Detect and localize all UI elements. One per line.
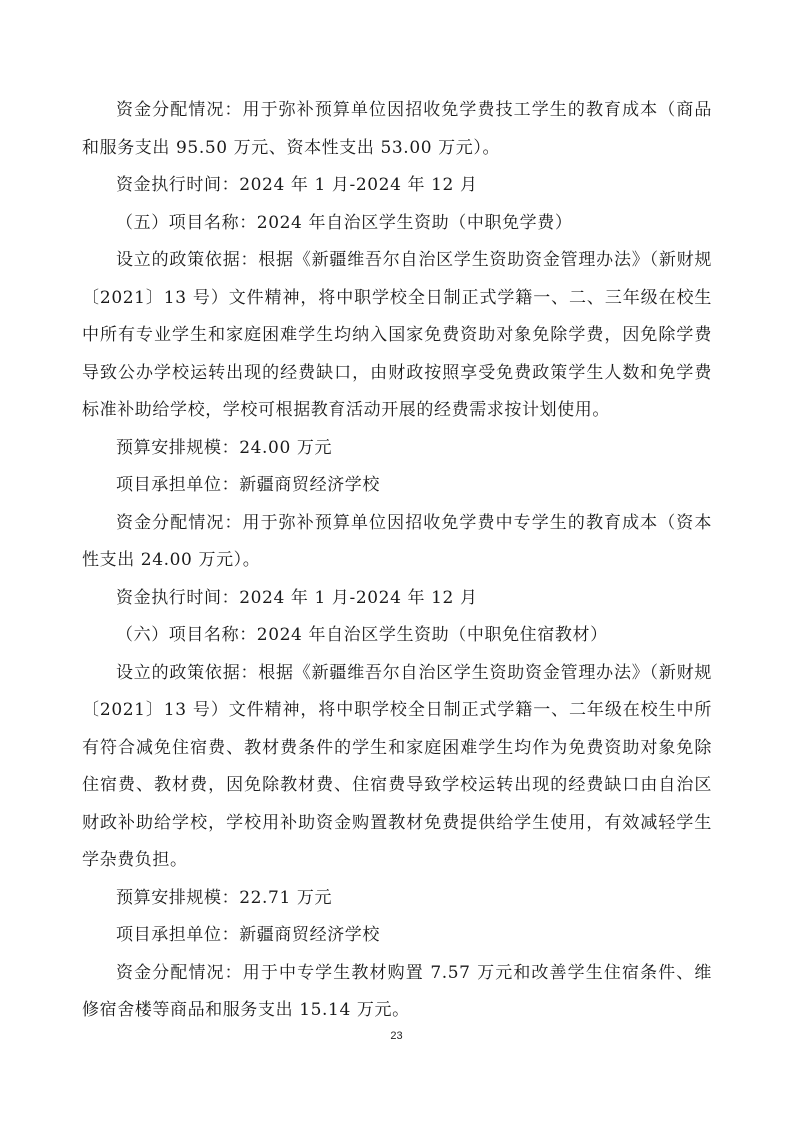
document-body: 资金分配情况：用于弥补预算单位因招收免学费技工学生的教育成本（商品和服务支出 9… bbox=[82, 92, 712, 1030]
section-heading-6: （六）项目名称：2024 年自治区学生资助（中职免住宿教材） bbox=[82, 617, 712, 655]
paragraph-responsible-unit: 项目承担单位：新疆商贸经济学校 bbox=[82, 467, 712, 505]
paragraph-policy-basis: 设立的政策依据：根据《新疆维吾尔自治区学生资助资金管理办法》（新财规〔2021〕… bbox=[82, 655, 712, 880]
paragraph-execution-time: 资金执行时间：2024 年 1 月-2024 年 12 月 bbox=[82, 167, 712, 205]
paragraph-fund-allocation: 资金分配情况：用于弥补预算单位因招收免学费中专学生的教育成本（资本性支出 24.… bbox=[82, 505, 712, 580]
page-number: 23 bbox=[0, 1030, 793, 1042]
section-heading-5: （五）项目名称：2024 年自治区学生资助（中职免学费） bbox=[82, 205, 712, 243]
paragraph-budget-scale: 预算安排规模：24.00 万元 bbox=[82, 430, 712, 468]
paragraph-responsible-unit: 项目承担单位：新疆商贸经济学校 bbox=[82, 917, 712, 955]
paragraph-budget-scale: 预算安排规模：22.71 万元 bbox=[82, 880, 712, 918]
paragraph-fund-allocation: 资金分配情况：用于中专学生教材购置 7.57 万元和改善学生住宿条件、维修宿舍楼… bbox=[82, 955, 712, 1030]
paragraph-fund-allocation-technical: 资金分配情况：用于弥补预算单位因招收免学费技工学生的教育成本（商品和服务支出 9… bbox=[82, 92, 712, 167]
paragraph-execution-time: 资金执行时间：2024 年 1 月-2024 年 12 月 bbox=[82, 580, 712, 618]
paragraph-policy-basis: 设立的政策依据：根据《新疆维吾尔自治区学生资助资金管理办法》（新财规〔2021〕… bbox=[82, 242, 712, 430]
